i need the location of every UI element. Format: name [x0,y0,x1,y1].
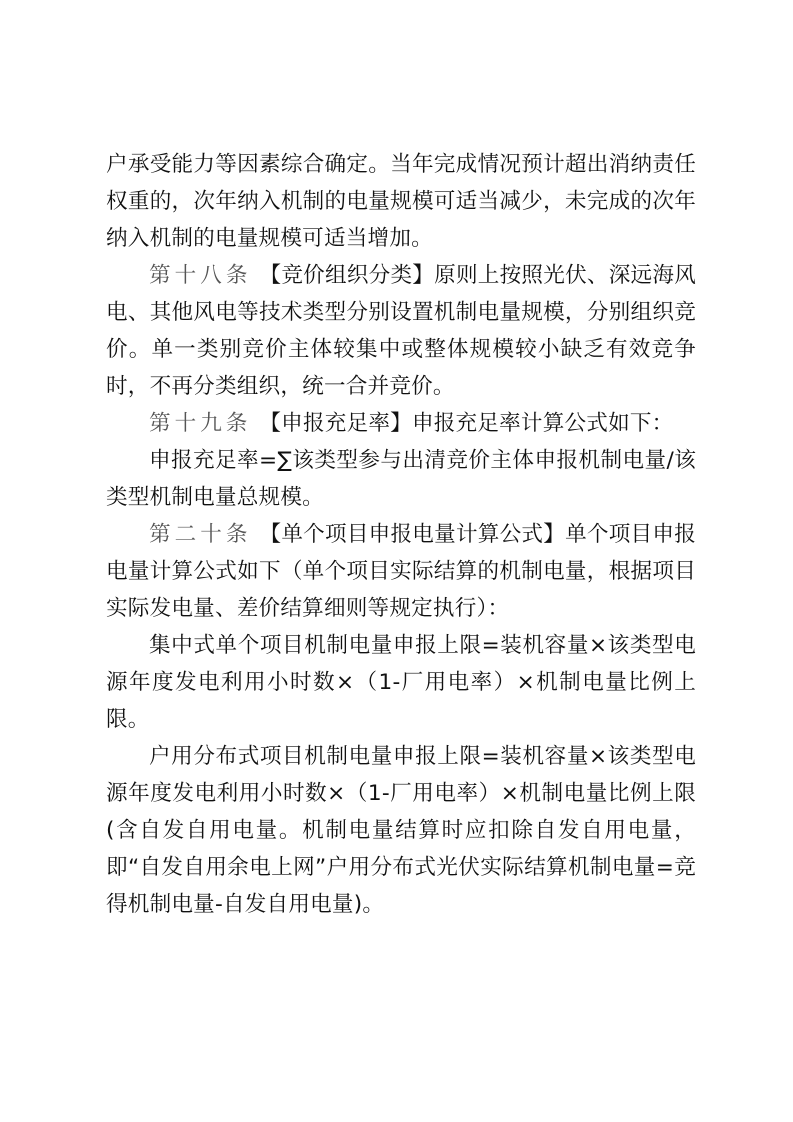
article-18-paragraph: 第十八条【竞价组织分类】原则上按照光伏、深远海风电、其他风电等技术类型分别设置机… [106,257,696,405]
formula-centralized-project: 集中式单个项目机制电量申报上限=装机容量×该类型电源年度发电利用小时数×（1-厂… [106,627,696,738]
paragraph-text: 户承受能力等因素综合确定。当年完成情况预计超出消纳责任权重的，次年纳入机制的电量… [106,152,696,251]
article-title: 【竞价组织分类】 [260,263,435,288]
paragraph-continuation: 户承受能力等因素综合确定。当年完成情况预计超出消纳责任权重的，次年纳入机制的电量… [106,146,696,257]
paragraph-text: 申报充足率=∑该类型参与出清竞价主体申报机制电量/该类型机制电量总规模。 [106,448,696,510]
formula-household-distributed: 户用分布式项目机制电量申报上限=装机容量×该类型电源年度发电利用小时数×（1-厂… [106,738,696,923]
article-number: 第十九条 [149,411,251,436]
paragraph-text: 申报充足率计算公式如下： [412,411,674,436]
paragraph-text: 集中式单个项目机制电量申报上限=装机容量×该类型电源年度发电利用小时数×（1-厂… [106,633,696,732]
article-number: 第二十条 [149,522,252,547]
article-number: 第十八条 [149,263,252,288]
article-title: 【单个项目申报电量计算公式】 [260,522,566,547]
document-page: 户承受能力等因素综合确定。当年完成情况预计超出消纳责任权重的，次年纳入机制的电量… [106,146,696,923]
article-20-paragraph: 第二十条【单个项目申报电量计算公式】单个项目申报电量计算公式如下（单个项目实际结… [106,516,696,627]
paragraph-text: 户用分布式项目机制电量申报上限=装机容量×该类型电源年度发电利用小时数×（1-厂… [106,744,696,917]
formula-declaration-rate: 申报充足率=∑该类型参与出清竞价主体申报机制电量/该类型机制电量总规模。 [106,442,696,516]
article-19-paragraph: 第十九条【申报充足率】申报充足率计算公式如下： [106,405,696,442]
article-title: 【申报充足率】 [259,411,412,436]
